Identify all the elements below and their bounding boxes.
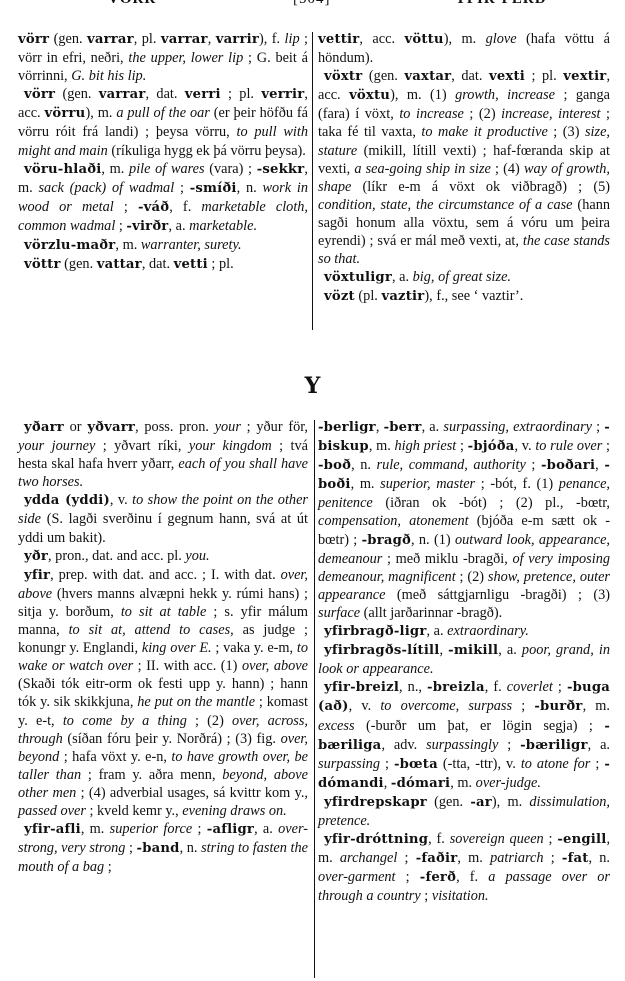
entry-text: , pron., dat. and acc. pl.: [48, 548, 185, 564]
dictionary-entry: vörr (gen. varrar, pl. varrar, varrir), …: [18, 30, 308, 85]
entry-text: ;: [115, 218, 126, 234]
entry-text: , f.: [428, 831, 450, 847]
entry-text: ), m.: [85, 105, 116, 121]
definition-gloss: to make it productive: [421, 124, 547, 140]
definition-gloss: superior force: [110, 821, 193, 837]
entry-text: ,: [595, 457, 604, 473]
definition-gloss: to come by a thing: [63, 713, 187, 729]
definition-gloss: glove: [486, 31, 517, 47]
definition-gloss: your: [215, 419, 241, 435]
headword: verrir: [261, 87, 304, 102]
headword: -virðr: [126, 219, 168, 234]
headword: -váð: [138, 200, 169, 215]
dictionary-entry: yðr, pron., dat. and acc. pl. you.: [18, 547, 308, 566]
definition-gloss: excess: [318, 718, 355, 734]
entry-text: (iðran ok -bót) ; (2) pl., -bœtr,: [373, 495, 610, 511]
definition-gloss: coverlet: [507, 679, 553, 695]
definition-gloss: superior, master: [380, 476, 475, 492]
headword: verri: [185, 87, 221, 102]
entry-text: ; (2): [456, 569, 488, 585]
definition-gloss: archangel: [340, 850, 397, 866]
entry-text: , v.: [514, 438, 535, 454]
headword: vaxtar: [404, 69, 451, 84]
definition-gloss: to overcome, surpass: [380, 698, 512, 714]
entry-text: , v.: [110, 492, 132, 508]
entry-text: ,: [439, 642, 448, 658]
entry-text: ; pl.: [525, 68, 563, 84]
entry-text: ; með miklu -bragði,: [382, 551, 512, 567]
entry-text: ), m.: [444, 31, 486, 47]
running-head-left: VÖRR: [108, 0, 156, 8]
definition-gloss: surface: [318, 605, 360, 621]
entry-text: (S. lagði sverðinu í gegnum hann, svá at…: [18, 511, 308, 545]
headword: -berr: [384, 420, 422, 435]
entry-text: ; pl.: [221, 86, 262, 102]
dictionary-entry: yfir-breizl, n., -breizla, f. coverlet ;…: [318, 678, 610, 793]
definition-gloss: warranter, surety.: [141, 237, 242, 253]
entry-text: ; (3): [548, 124, 585, 140]
definition-gloss: lip: [285, 31, 300, 47]
headword: yfirbragðs-lítill: [324, 643, 439, 658]
headword: -bæriligr: [520, 738, 588, 753]
entry-text: ;: [104, 859, 112, 875]
definition-gloss: over-judge.: [476, 775, 541, 791]
entry-text: , prep. with dat. and acc. ; I. with dat…: [50, 567, 281, 583]
headword: vörru: [45, 106, 86, 121]
headword: -ferð: [420, 870, 456, 885]
headword: -bœta: [394, 757, 438, 772]
entry-text: , m.: [450, 775, 475, 791]
definition-gloss: surpassing: [318, 756, 380, 772]
bottom-left-column: yðarr or yðvarr, poss. pron. your ; yður…: [18, 418, 312, 876]
dictionary-entry: ydda (yddi), v. to show the point on the…: [18, 491, 308, 546]
entry-text: , a.: [168, 218, 189, 234]
entry-text: , poss. pron.: [135, 419, 215, 435]
entry-text: ;: [553, 679, 567, 695]
entry-text: (pl.: [355, 288, 382, 304]
entry-text: , a.: [254, 821, 278, 837]
definition-gloss: visitation.: [432, 888, 489, 904]
headword: vöttu: [404, 32, 443, 47]
definition-gloss: marketable.: [189, 218, 257, 234]
entry-text: ;: [114, 199, 138, 215]
entry-text: ), f., see ‘ vaztir’.: [424, 288, 523, 304]
entry-text: ;: [590, 756, 604, 772]
entry-text: ;: [125, 840, 136, 856]
entry-text: ,: [384, 775, 391, 791]
entry-text: , f.: [456, 869, 488, 885]
entry-text: (síðan fóru þeir y. Norðrá) ; (3) fig.: [63, 731, 281, 747]
definition-gloss: over-garment: [318, 869, 396, 885]
entry-text: , dat.: [142, 256, 174, 272]
entry-text: ,: [208, 31, 216, 47]
entry-text: ;: [498, 737, 520, 753]
headword: vettir: [318, 32, 359, 47]
definition-gloss: to increase: [399, 106, 464, 122]
headword: -band: [137, 841, 180, 856]
entry-text: , n.: [237, 180, 263, 196]
definition-gloss: patriarch: [490, 850, 543, 866]
entry-text: , f.: [485, 679, 507, 695]
definition-gloss: compensation, atonement: [318, 513, 469, 529]
definition-gloss: rule, command, authority: [377, 457, 526, 473]
definition-gloss: increase, interest: [501, 106, 600, 122]
entry-text: (vara) ;: [205, 161, 257, 177]
entry-text: , n. (1): [411, 532, 455, 548]
entry-text: ; II. with acc. (1): [133, 658, 242, 674]
dictionary-entry: yfirdrepskapr (gen. -ar), m. dissimulati…: [318, 793, 610, 830]
headword: -breizla: [427, 680, 485, 695]
entry-text: (-tta, -ttr), v.: [438, 756, 521, 772]
headword: -smíði: [190, 181, 237, 196]
dictionary-entry: vettir, acc. vöttu), m. glove (hafa vött…: [318, 30, 610, 67]
entry-text: , pl.: [134, 31, 161, 47]
headword: -burðr: [534, 699, 582, 714]
entry-text: , dat.: [451, 68, 489, 84]
entry-text: , adv.: [381, 737, 426, 753]
dictionary-entry: vözt (pl. vaztir), f., see ‘ vaztir’.: [318, 287, 610, 306]
entry-text: , dat.: [146, 86, 185, 102]
entry-text: ; (2): [464, 106, 501, 122]
running-head-right: YFIR-FERÐ: [455, 0, 547, 8]
entry-text: , a.: [498, 642, 522, 658]
dictionary-entry: yfir-afli, m. superior force ; -afligr, …: [18, 820, 308, 876]
entry-text: ;: [192, 821, 207, 837]
entry-text: , n.: [180, 840, 201, 856]
headword: yðarr: [24, 420, 64, 435]
definition-gloss: to atone for: [521, 756, 591, 772]
definition-gloss: surpassing, extraordinary: [443, 419, 592, 435]
definition-gloss: to rule over: [535, 438, 602, 454]
bottom-entries-block: yðarr or yðvarr, poss. pron. your ; yður…: [0, 418, 625, 978]
headword: -ar: [470, 795, 492, 810]
definition-gloss: growth, increase: [455, 87, 555, 103]
entry-text: (allt jarðarinnar -bragð).: [360, 605, 502, 621]
definition-gloss: condition, state, the circumstance of a …: [318, 197, 573, 213]
definition-gloss: G. bit his lip.: [71, 68, 146, 84]
headword: vöru-hlaði: [24, 162, 101, 177]
page-number: [504]: [293, 0, 331, 8]
entry-text: (gen.: [49, 31, 87, 47]
entry-text: ;: [397, 850, 415, 866]
entry-text: (gen.: [362, 68, 404, 84]
definition-gloss: high priest: [395, 438, 457, 454]
definition-gloss: pile of wares: [129, 161, 205, 177]
dictionary-entry: vöttr (gen. vattar, dat. vetti ; pl.: [18, 255, 308, 274]
dictionary-entry: yfirbragðs-lítill, -mikill, a. poor, gra…: [318, 641, 610, 678]
entry-text: , n.,: [399, 679, 427, 695]
definition-gloss: your kingdom: [189, 438, 272, 454]
headword: -dómari: [391, 776, 450, 791]
definition-gloss: big, of great size.: [413, 269, 511, 285]
headword: vattar: [97, 257, 142, 272]
definition-gloss: to sit at table: [121, 604, 207, 620]
entry-text: , n.: [589, 850, 611, 866]
headword: vextir: [563, 69, 606, 84]
definition-gloss: surpassingly: [426, 737, 498, 753]
definition-gloss: you.: [185, 548, 209, 564]
dictionary-entry: yðarr or yðvarr, poss. pron. your ; yður…: [18, 418, 308, 491]
entry-text: (-burðr um þat, er lögin segja) ;: [355, 718, 605, 734]
entry-text: ; hafa vöxt y. e-n,: [59, 749, 171, 765]
headword: yðvarr: [87, 420, 135, 435]
entry-text: ; -bót, f. (1): [475, 476, 559, 492]
definition-gloss: your journey: [18, 438, 95, 454]
entry-text: , m.: [369, 438, 395, 454]
entry-text: ; (4): [491, 161, 524, 177]
headword: ydda (yddi): [24, 493, 110, 508]
column-divider: [314, 420, 315, 978]
definition-gloss: evening draws on.: [182, 803, 286, 819]
headword: -fat: [562, 851, 589, 866]
definition-gloss: a sea-going ship in size: [354, 161, 491, 177]
entry-text: ), m.: [492, 794, 529, 810]
entry-text: , a.: [427, 623, 448, 639]
entry-text: , m.: [101, 161, 129, 177]
entry-text: ; (2): [187, 713, 232, 729]
headword: vöxtuligr: [324, 270, 392, 285]
headword: -boðari: [541, 458, 595, 473]
definition-gloss: extraordinary.: [447, 623, 529, 639]
headword: varrar: [161, 32, 208, 47]
dictionary-entry: yfirbragð-ligr, a. extraordinary.: [318, 622, 610, 641]
headword: varrar: [87, 32, 134, 47]
definition-gloss: he put on the mantle: [137, 694, 255, 710]
dictionary-entry: vöxtuligr, a. big, of great size.: [318, 268, 610, 287]
entry-text: (með sáttgjarnligu -bragði) ; (3): [386, 587, 611, 603]
entry-text: ; fram y. aðra menn,: [81, 767, 222, 783]
section-letter-heading: Y: [0, 373, 625, 399]
top-entries-block: vörr (gen. varrar, pl. varrar, varrir), …: [0, 30, 625, 330]
headword: vörzlu-maðr: [24, 238, 115, 253]
headword: -boð: [318, 458, 351, 473]
headword: yðr: [24, 549, 48, 564]
dictionary-entry: vöxtr (gen. vaxtar, dat. vexti ; pl. vex…: [318, 67, 610, 268]
entry-text: , v.: [349, 698, 381, 714]
headword: yfirdrepskapr: [324, 795, 427, 810]
top-left-column: vörr (gen. varrar, pl. varrar, varrir), …: [18, 30, 312, 274]
headword: yfir-afli: [24, 822, 81, 837]
running-head: VÖRR [504] YFIR-FERÐ: [0, 0, 625, 9]
definition-gloss: king over E.: [142, 640, 212, 656]
dictionary-entry: vörr (gen. varrar, dat. verri ; pl. verr…: [18, 85, 308, 159]
headword: -faðir: [416, 851, 458, 866]
entry-text: , a.: [392, 269, 413, 285]
entry-text: , m.: [81, 821, 110, 837]
entry-text: , m.: [351, 476, 381, 492]
dictionary-entry: yfir, prep. with dat. and acc. ; I. with…: [18, 566, 308, 820]
definition-gloss: sovereign queen: [450, 831, 544, 847]
column-divider: [312, 32, 313, 330]
headword: vözt: [324, 289, 355, 304]
entry-text: , a.: [588, 737, 610, 753]
definition-gloss: over, above: [242, 658, 308, 674]
entry-text: , m.: [457, 850, 490, 866]
headword: -berligr: [318, 420, 376, 435]
dictionary-entry: vörzlu-maðr, m. warranter, surety.: [18, 236, 308, 255]
headword: varrar: [99, 87, 146, 102]
headword: vöttr: [24, 257, 61, 272]
dictionary-entry: -berligr, -berr, a. surpassing, extraord…: [318, 418, 610, 622]
headword: yfir-breizl: [324, 680, 399, 695]
entry-text: ; pl.: [208, 256, 234, 272]
entry-text: ;: [421, 888, 432, 904]
entry-text: ), f.: [259, 31, 285, 47]
entry-text: ; yðvart ríki,: [95, 438, 189, 454]
definition-gloss: the upper, lower lip: [128, 50, 243, 66]
headword: yfir-dróttning: [324, 832, 428, 847]
entry-text: ;: [592, 419, 604, 435]
headword: vöxtr: [324, 69, 362, 84]
definition-gloss: sack (pack) of wadmal: [38, 180, 174, 196]
headword: varrir: [216, 32, 259, 47]
headword: vörr: [18, 32, 49, 47]
entry-text: ; yður för,: [241, 419, 308, 435]
headword: -sekkr: [257, 162, 305, 177]
dictionary-entry: yfir-dróttning, f. sovereign queen ; -en…: [318, 830, 610, 905]
entry-text: ;: [456, 438, 467, 454]
entry-text: ; (4) adverbial usages, sá kvittr kom y.…: [76, 785, 308, 801]
definition-gloss: a pull of the oar: [116, 105, 209, 121]
headword: vörr: [24, 87, 55, 102]
entry-text: , a.: [422, 419, 444, 435]
headword: -mikill: [448, 643, 498, 658]
entry-text: ;: [526, 457, 541, 473]
entry-text: , n.: [351, 457, 376, 473]
entry-text: ,: [376, 419, 384, 435]
entry-text: ; kveld kemr y.,: [86, 803, 182, 819]
entry-text: (líkr e-m á vöxt ok viðbragð) ; (5): [351, 179, 610, 195]
entry-text: (gen.: [427, 794, 470, 810]
entry-text: ;: [396, 869, 420, 885]
entry-text: ;: [174, 180, 190, 196]
definition-gloss: passed over: [18, 803, 86, 819]
entry-text: ), m. (1): [390, 87, 455, 103]
entry-text: or: [64, 419, 87, 435]
dictionary-entry: vöru-hlaði, m. pile of wares (vara) ; -s…: [18, 160, 308, 236]
headword: -bjóða: [468, 439, 515, 454]
headword: -afligr: [207, 822, 254, 837]
entry-text: (gen.: [55, 86, 99, 102]
top-right-column: vettir, acc. vöttu), m. glove (hafa vött…: [318, 30, 610, 306]
headword: vetti: [174, 257, 208, 272]
bottom-right-column: -berligr, -berr, a. surpassing, extraord…: [318, 418, 610, 905]
headword: -bragð: [362, 533, 411, 548]
entry-text: ;: [602, 438, 610, 454]
entry-text: (gen.: [61, 256, 97, 272]
entry-text: ; vaka y. e-m,: [212, 640, 297, 656]
entry-text: (ríkuliga hygg ek þá vörru þeysa).: [108, 143, 306, 159]
headword: yfir: [24, 568, 50, 583]
entry-text: , m.: [115, 237, 140, 253]
entry-text: ;: [512, 698, 534, 714]
headword: vöxtu: [349, 88, 390, 103]
entry-text: ;: [544, 831, 558, 847]
entry-text: , m.: [583, 698, 610, 714]
entry-text: ;: [544, 850, 562, 866]
headword: vexti: [489, 69, 525, 84]
headword: yfirbragð-ligr: [324, 624, 427, 639]
definition-gloss: to sit at, attend to cases,: [69, 622, 234, 638]
entry-text: ;: [380, 756, 394, 772]
entry-text: , f.: [169, 199, 201, 215]
headword: vaztir: [381, 289, 424, 304]
headword: -engill: [557, 832, 606, 847]
entry-text: , acc.: [359, 31, 404, 47]
